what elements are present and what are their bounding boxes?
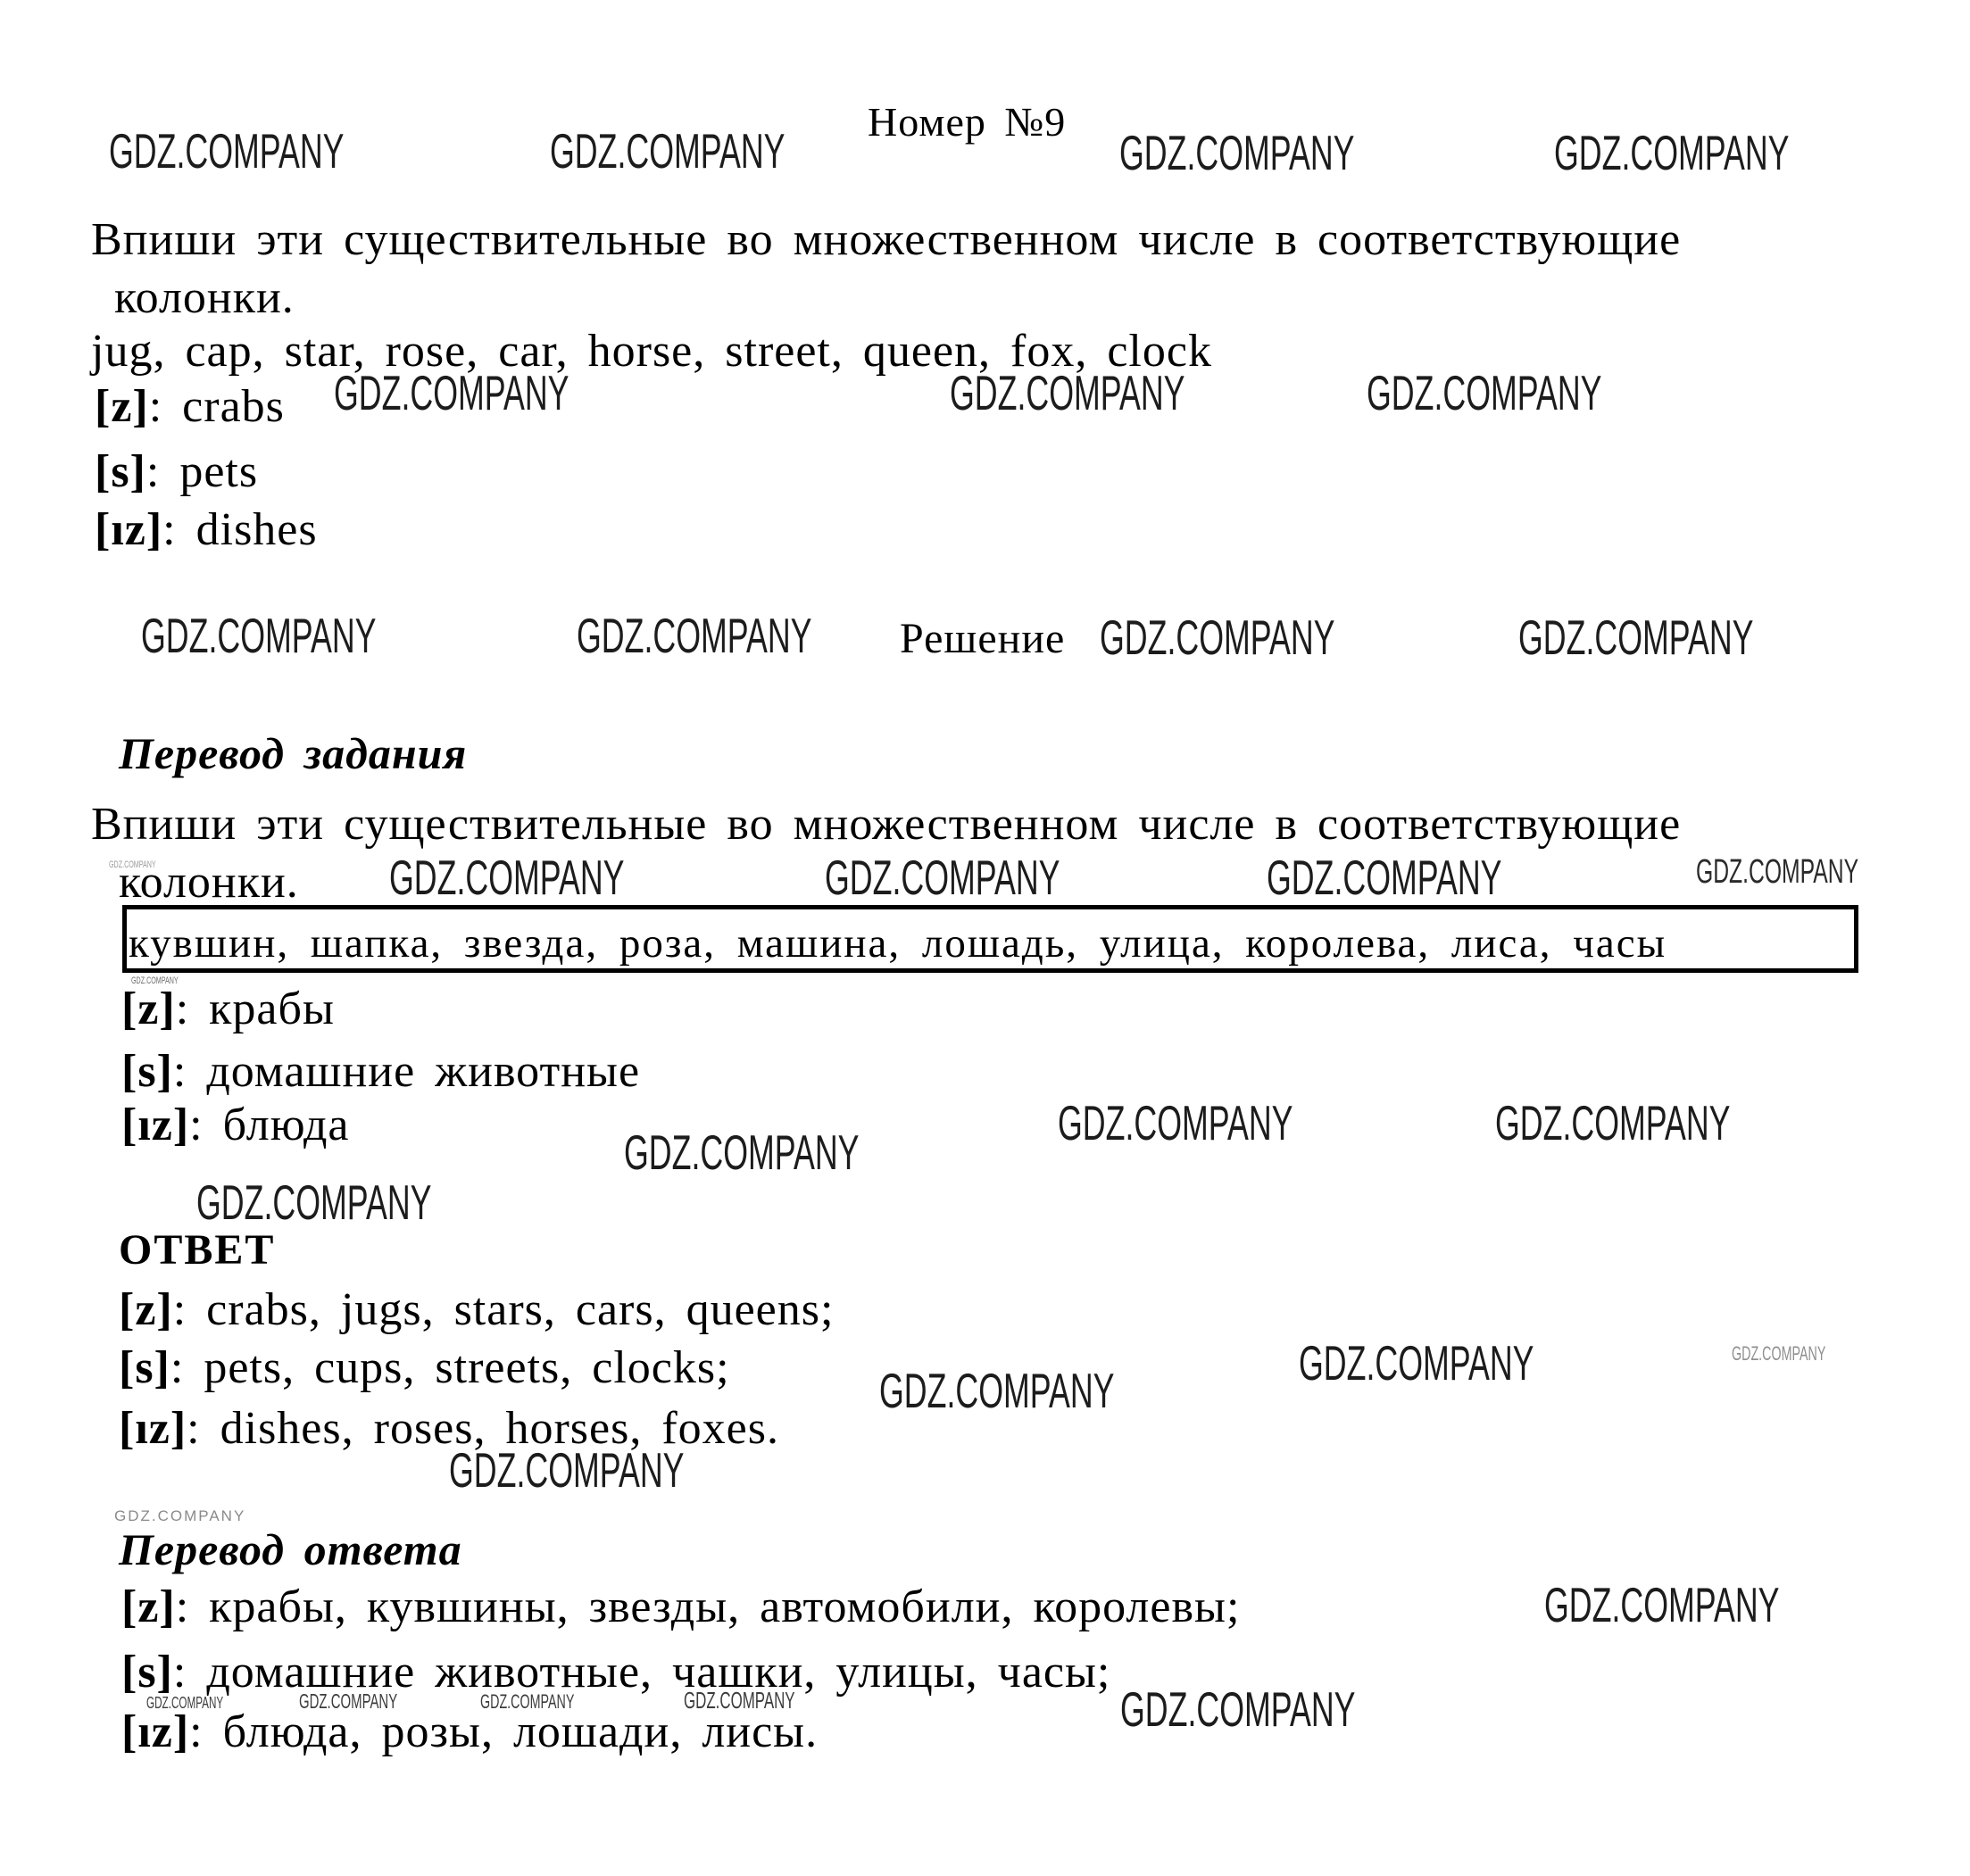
phoneme-iz-label: [ız] xyxy=(121,1100,189,1150)
phoneme-s-label: [s] xyxy=(121,1046,173,1097)
task-word-list: jug, cap, star, rose, car, horse, street… xyxy=(91,326,1212,377)
answer-item-iz: [ız]: dishes, roses, horses, foxes. xyxy=(119,1403,779,1454)
separator: : xyxy=(176,984,209,1034)
answer-translation-item-z: [z]: крабы, кувшины, звезды, автомобили,… xyxy=(121,1581,1240,1632)
phoneme-iz-label: [ız] xyxy=(95,504,162,555)
gdz-watermark: GDZ.COMPANY xyxy=(1495,1099,1731,1148)
task-item-s: [s]: pets xyxy=(95,446,258,497)
separator: : xyxy=(173,1284,206,1335)
phoneme-s-words: домашние животные, чашки, улицы, часы; xyxy=(206,1647,1110,1698)
phoneme-z-label: [z] xyxy=(95,381,149,432)
gdz-watermark: GDZ.COMPANY xyxy=(1119,129,1355,178)
translation-item-s: [s]: домашние животные xyxy=(121,1046,640,1097)
gdz-watermark: GDZ.COMPANY xyxy=(114,1508,245,1523)
gdz-watermark: GDZ.COMPANY xyxy=(1120,1685,1356,1734)
phoneme-z-words: crabs xyxy=(182,381,285,432)
separator: : xyxy=(146,446,179,497)
phoneme-s-label: [s] xyxy=(119,1342,170,1393)
boxed-words-frame: кувшин, шапка, звезда, роза, машина, лош… xyxy=(122,905,1858,973)
phoneme-s-words: домашние животные xyxy=(206,1046,640,1097)
gdz-watermark: GDZ.COMPANY xyxy=(1696,855,1858,889)
phoneme-z-label: [z] xyxy=(121,984,176,1034)
phoneme-z-words: crabs, jugs, stars, cars, queens; xyxy=(206,1284,834,1335)
phoneme-iz-words: блюда xyxy=(223,1100,350,1150)
boxed-word-list: кувшин, шапка, звезда, роза, машина, лош… xyxy=(129,922,1667,966)
phoneme-iz-words: dishes, roses, horses, foxes. xyxy=(220,1403,779,1454)
task-item-iz: [ız]: dishes xyxy=(95,504,318,555)
gdz-watermark: GDZ.COMPANY xyxy=(550,127,786,176)
phoneme-s-label: [s] xyxy=(121,1647,173,1698)
phoneme-iz-label: [ız] xyxy=(121,1706,189,1757)
separator: : xyxy=(173,1046,206,1097)
gdz-watermark: GDZ.COMPANY xyxy=(196,1178,432,1227)
translation-item-z: [z]: крабы xyxy=(121,984,335,1034)
gdz-watermark: GDZ.COMPANY xyxy=(1518,613,1754,662)
phoneme-s-words: pets xyxy=(179,446,258,497)
gdz-watermark: GDZ.COMPANY xyxy=(1554,129,1790,178)
phoneme-z-label: [z] xyxy=(121,1581,176,1632)
translation-instruction-line2: колонки. xyxy=(119,857,299,908)
phoneme-s-label: [s] xyxy=(95,446,146,497)
phoneme-z-words: крабы, кувшины, звезды, автомобили, коро… xyxy=(209,1581,1240,1632)
separator: : xyxy=(170,1342,204,1393)
gdz-watermark: GDZ.COMPANY xyxy=(1058,1099,1293,1148)
phoneme-s-words: pets, cups, streets, clocks; xyxy=(204,1342,729,1393)
answer-heading: ОТВЕТ xyxy=(119,1227,275,1274)
separator: : xyxy=(173,1647,206,1698)
phoneme-iz-label: [ız] xyxy=(119,1403,187,1454)
gdz-watermark: GDZ.COMPANY xyxy=(1299,1339,1534,1388)
gdz-watermark: GDZ.COMPANY xyxy=(1267,853,1502,902)
gdz-watermark: GDZ.COMPANY xyxy=(1100,613,1335,662)
solution-heading: Решение xyxy=(900,616,1065,663)
page-title: Номер №9 xyxy=(868,100,1066,145)
separator: : xyxy=(149,381,182,432)
gdz-watermark: GDZ.COMPANY xyxy=(1367,369,1602,418)
separator: : xyxy=(176,1581,209,1632)
gdz-watermark: GDZ.COMPANY xyxy=(577,611,812,660)
answer-item-z: [z]: crabs, jugs, stars, cars, queens; xyxy=(119,1284,834,1335)
translation-instruction-line1: Впиши эти существительные во множественн… xyxy=(91,799,1681,850)
translation-heading: Перевод задания xyxy=(119,729,467,778)
phoneme-iz-words: блюда, розы, лошади, лисы. xyxy=(223,1706,818,1757)
translation-item-iz: [ız]: блюда xyxy=(121,1100,349,1150)
separator: : xyxy=(162,504,195,555)
gdz-watermark: GDZ.COMPANY xyxy=(141,611,377,660)
phoneme-z-words: крабы xyxy=(209,984,335,1034)
task-instruction-line2: колонки. xyxy=(114,272,295,323)
phoneme-z-label: [z] xyxy=(119,1284,173,1335)
gdz-watermark: GDZ.COMPANY xyxy=(109,127,345,176)
task-instruction-line1: Впиши эти существительные во множественн… xyxy=(91,214,1681,265)
gdz-watermark: GDZ.COMPANY xyxy=(825,853,1060,902)
phoneme-iz-words: dishes xyxy=(196,504,318,555)
separator: : xyxy=(187,1403,220,1454)
task-item-z: [z]: crabs xyxy=(95,381,285,432)
gdz-watermark: GDZ.COMPANY xyxy=(1544,1581,1780,1630)
gdz-watermark: GDZ.COMPANY xyxy=(879,1366,1115,1415)
gdz-watermark: GDZ.COMPANY xyxy=(624,1128,860,1177)
answer-translation-item-iz: [ız]: блюда, розы, лошади, лисы. xyxy=(121,1706,818,1757)
document-page: GDZ.COMPANY GDZ.COMPANY GDZ.COMPANY GDZ.… xyxy=(0,0,1970,1876)
answer-translation-heading: Перевод ответа xyxy=(119,1525,462,1574)
gdz-watermark: GDZ.COMPANY xyxy=(1732,1344,1825,1364)
answer-translation-item-s: [s]: домашние животные, чашки, улицы, ча… xyxy=(121,1647,1110,1698)
answer-item-s: [s]: pets, cups, streets, clocks; xyxy=(119,1342,730,1393)
gdz-watermark: GDZ.COMPANY xyxy=(389,853,625,902)
separator: : xyxy=(189,1706,222,1757)
separator: : xyxy=(189,1100,222,1150)
